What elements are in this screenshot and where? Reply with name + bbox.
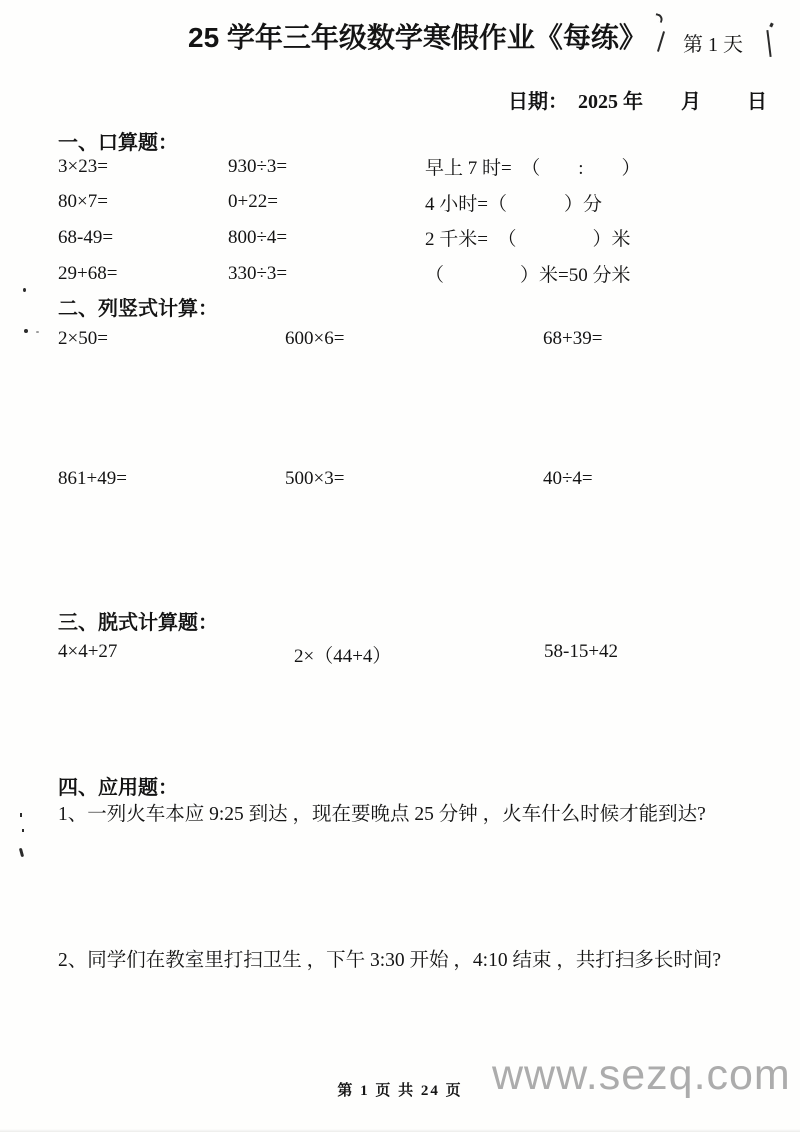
section-heading-stepwise: 三、脱式计算题： [58,606,218,635]
date-day: 日 [747,91,767,113]
stepwise-problems-grid: 4×4+27 2×（44+4） 58-15+42 [58,641,770,668]
watermark: www.sezq.com [492,1051,791,1100]
pen-mark [766,30,771,57]
oral-problems-grid: 3×23= 930÷3= 早上 7 时= （ : ） 80×7= 0+22= 4… [58,149,770,291]
ink-speck [23,288,26,292]
oral-problem: 29+68= [58,263,228,285]
vertical-problem: 2×50= [58,322,285,462]
oral-problem: 早上 7 时= （ : ） [425,153,770,180]
pen-mark [769,23,773,28]
worksheet-page: 25 学年三年级数学寒假作业《每练》 第 1 天 日期：2025 年月日 一、口… [0,0,800,1132]
ink-speck [22,829,24,832]
vertical-problem: 500×3= [285,462,543,602]
oral-problem: （ ）米=50 分米 [425,260,770,287]
ink-speck [19,848,24,857]
page-title: 25 学年三年级数学寒假作业《每练》 [188,21,647,55]
oral-problem: 330÷3= [228,263,425,285]
word-problem-2: 2、同学们在教室里打扫卫生 ，下午 3:30 开始 ，4:10 结束 ，共打扫多… [58,944,764,977]
pen-mark [654,13,664,23]
oral-problem: 68-49= [58,227,228,249]
word-problem-1: 1、一列火车本应 9:25 到达 ，现在要晚点 25 分钟 ，火车什么时候才能到… [58,798,764,831]
date-year: 2025 年 [578,91,643,113]
ink-speck [36,331,39,333]
oral-problem: 800÷4= [228,227,425,249]
ink-speck [20,813,22,817]
stepwise-problem: 4×4+27 [58,641,294,668]
oral-problem: 3×23= [58,156,228,178]
oral-problem: 4 小时=（ ）分 [425,189,770,216]
oral-problem: 930÷3= [228,156,425,178]
vertical-problem: 40÷4= [543,462,770,602]
date-month: 月 [681,91,701,113]
section-heading-vertical: 二、列竖式计算： [58,292,218,321]
stepwise-problem: 2×（44+4） [294,641,544,668]
date-label: 日期： [508,91,568,113]
day-label: 第 1 天 [683,28,743,57]
date-line: 日期：2025 年月日 [508,85,767,114]
pen-mark [657,31,665,52]
oral-problem: 80×7= [58,191,228,213]
oral-problem: 0+22= [228,191,425,213]
vertical-problem: 68+39= [543,322,770,462]
section-heading-word-problems: 四、应用题： [58,771,178,800]
vertical-problem: 600×6= [285,322,543,462]
ink-speck [24,329,28,333]
stepwise-problem: 58-15+42 [544,641,770,668]
vertical-problem: 861+49= [58,462,285,602]
oral-problem: 2 千米= （ ）米 [425,224,770,251]
vertical-problems-grid: 2×50= 600×6= 68+39= 861+49= 500×3= 40÷4= [58,322,770,602]
